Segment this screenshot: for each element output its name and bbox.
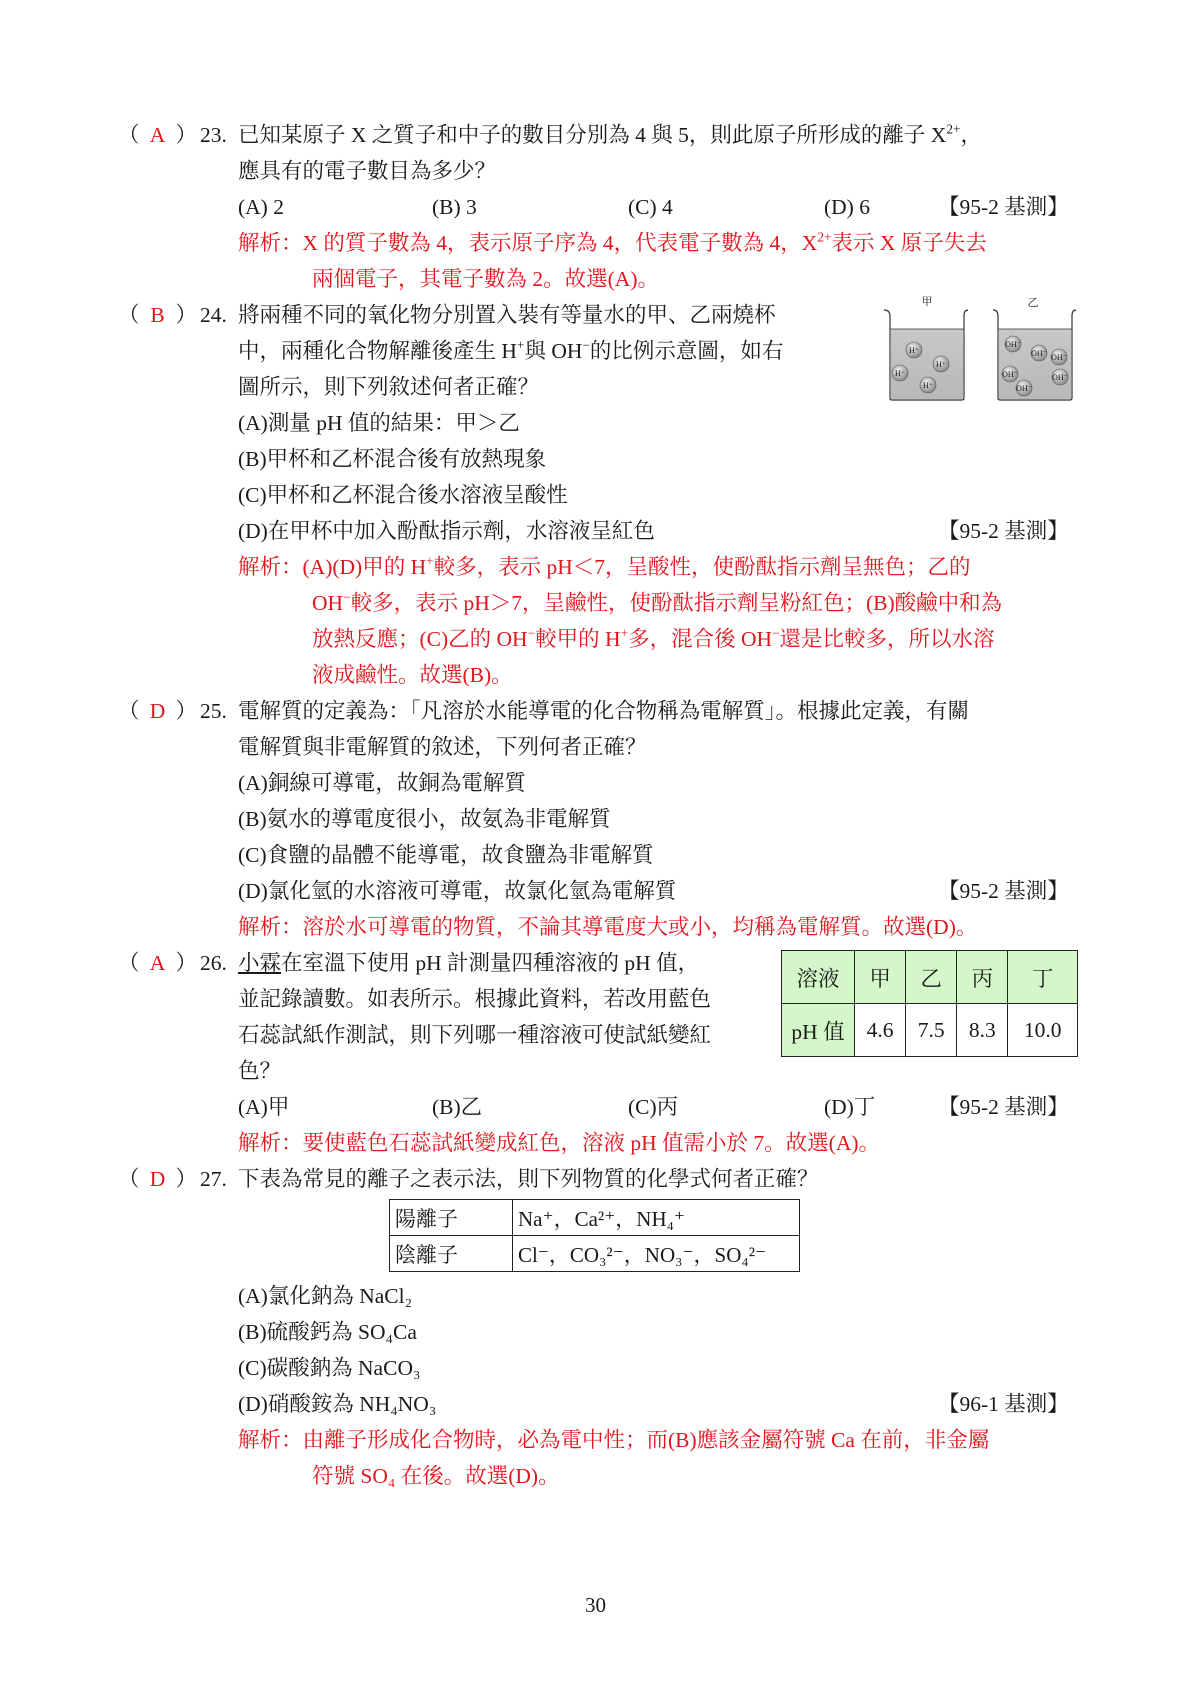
question-stem: 下表為常見的離子之表示法，則下列物質的化學式何者正確？ [238,1161,819,1197]
question-number: 23. [200,117,227,153]
svg-text:OH⁻: OH⁻ [1005,340,1021,349]
analysis: 解析：由離子形成化合物時，必為電中性；而(B)應該金屬符號 Ca 在前，非金屬 [238,1422,989,1458]
question-stem-line2: 電解質與非電解質的敘述，下列何者正確？ [238,729,647,765]
question-stem-line4: 色？ [238,1053,281,1089]
question-stem-line2: 應具有的電子數目為多少？ [238,153,496,189]
answer-slot-q27: （D） [118,1161,197,1197]
source-tag: 【95-2 基測】 [938,1089,1069,1125]
ion-table: 陽離子 Na⁺，Ca²⁺，NH₄⁺ 陰離子 Cl⁻，CO₃²⁻，NO₃⁻，SO₄… [389,1199,800,1272]
question-stem: 已知某原子 X 之質子和中子的數目分別為 4 與 5，則此原子所形成的離子 X2… [238,117,982,153]
option-c: (C) 4 [628,189,673,225]
option-c: (C)丙 [628,1089,678,1125]
svg-text:H⁺: H⁺ [936,360,946,369]
svg-text:OH⁻: OH⁻ [1051,353,1067,362]
answer-letter: B [140,297,176,333]
answer-letter: A [140,945,176,981]
svg-text:OH⁻: OH⁻ [1002,370,1018,379]
option-d: (D)丁 [824,1089,875,1125]
option-c: (C)碳酸鈉為 NaCO₃ [238,1350,420,1386]
table-header-row: 溶液 甲 乙 丙 丁 [782,951,1078,1004]
answer-letter: D [140,1161,176,1197]
answer-slot-q25: （D） [118,693,197,729]
answer-slot-q24: （B） [118,297,197,333]
option-b: (B)氨水的導電度很小，故氨為非電解質 [238,801,611,837]
question-stem-line2: 並記錄讀數。如表所示。根據此資料，若改用藍色 [238,981,711,1017]
option-d: (D)在甲杯中加入酚酞指示劑，水溶液呈紅色 [238,513,655,549]
analysis: 解析：X 的質子數為 4，表示原子序為 4，代表電子數為 4，X2+表示 X 原… [238,225,987,261]
svg-text:H⁺: H⁺ [895,369,905,378]
question-stem-line2: 中，兩種化合物解離後產生 H+與 OH−的比例示意圖，如右 [238,333,783,369]
option-a: (A)氯化鈉為 NaCl₂ [238,1278,412,1314]
svg-text:H⁺: H⁺ [909,346,919,355]
question-stem: 電解質的定義為：「凡溶於水能導電的化合物稱為電解質」。根據此定義，有關 [238,693,969,729]
option-b: (B) 3 [432,189,477,225]
option-b: (B)乙 [432,1089,482,1125]
page-number: 30 [0,1593,1191,1618]
beaker-diagram-icon: 甲 乙 H⁺ H⁺ H⁺ H⁺ OH⁻ OH⁻ OH⁻ OH⁻ OH⁻ OH⁻ [880,292,1080,407]
option-b: (B)硫酸鈣為 SO₄Ca [238,1314,417,1350]
question-stem: 小霖在室溫下使用 pH 計測量四種溶液的 pH 值， [238,945,699,981]
table-row: 陽離子 Na⁺，Ca²⁺，NH₄⁺ [390,1200,800,1236]
question-stem-line3: 圖所示，則下列敘述何者正確？ [238,369,539,405]
beaker-figure: 甲 乙 H⁺ H⁺ H⁺ H⁺ OH⁻ OH⁻ OH⁻ OH⁻ OH⁻ OH⁻ [880,292,1080,407]
svg-text:OH⁻: OH⁻ [1031,349,1047,358]
option-d: (D) 6 [824,189,870,225]
option-a: (A)測量 pH 值的結果：甲＞乙 [238,405,520,441]
question-number: 24. [200,297,227,333]
option-d: (D)硝酸銨為 NH₄NO₃ [238,1386,436,1422]
analysis-line2: 兩個電子，其電子數為 2。故選(A)。 [312,261,659,297]
question-stem: 將兩種不同的氧化物分別置入裝有等量水的甲、乙兩燒杯 [238,297,776,333]
svg-text:甲: 甲 [922,295,933,308]
source-tag: 【95-2 基測】 [938,513,1069,549]
analysis-line2: 符號 SO₄ 在後。故選(D)。 [312,1458,560,1494]
analysis-line2: OH−較多，表示 pH＞7，呈鹼性，使酚酞指示劑呈粉紅色；(B)酸鹼中和為 [312,585,1002,621]
question-number: 26. [200,945,227,981]
option-a: (A) 2 [238,189,284,225]
source-tag: 【95-2 基測】 [938,873,1069,909]
option-c: (C)甲杯和乙杯混合後水溶液呈酸性 [238,477,568,513]
question-number: 25. [200,693,227,729]
option-b: (B)甲杯和乙杯混合後有放熱現象 [238,441,546,477]
option-d: (D)氯化氫的水溶液可導電，故氯化氫為電解質 [238,873,676,909]
analysis: 解析：(A)(D)甲的 H+較多，表示 pH＜7，呈酸性，使酚酞指示劑呈無色；乙… [238,549,971,585]
answer-slot-q23: （A） [118,117,197,153]
option-c: (C)食鹽的晶體不能導電，故食鹽為非電解質 [238,837,654,873]
svg-text:OH⁻: OH⁻ [1052,373,1068,382]
analysis-line3: 放熱反應；(C)乙的 OH−較甲的 H+多，混合後 OH−還是比較多，所以水溶 [312,621,995,657]
answer-letter: A [140,117,176,153]
table-row: pH 值 4.6 7.5 8.3 10.0 [782,1004,1078,1057]
analysis: 解析：溶於水可導電的物質，不論其導電度大或小，均稱為電解質。故選(D)。 [238,909,977,945]
question-stem-line3: 石蕊試紙作測試，則下列哪一種溶液可使試紙變紅 [238,1017,711,1053]
answer-slot-q26: （A） [118,945,197,981]
table-row: 陰離子 Cl⁻，CO₃²⁻，NO₃⁻，SO₄²⁻ [390,1236,800,1272]
student-name: 小霖 [238,951,281,975]
answer-letter: D [140,693,176,729]
ph-table: 溶液 甲 乙 丙 丁 pH 值 4.6 7.5 8.3 10.0 [781,950,1078,1057]
source-tag: 【95-2 基測】 [938,189,1069,225]
svg-text:H⁺: H⁺ [923,381,933,390]
option-a: (A)銅線可導電，故銅為電解質 [238,765,526,801]
option-a: (A)甲 [238,1089,289,1125]
question-number: 27. [200,1161,227,1197]
svg-text:OH⁻: OH⁻ [1016,384,1032,393]
svg-text:乙: 乙 [1028,296,1039,309]
analysis: 解析：要使藍色石蕊試紙變成紅色，溶液 pH 值需小於 7。故選(A)。 [238,1125,880,1161]
source-tag: 【96-1 基測】 [938,1386,1069,1422]
analysis-line4: 液成鹼性。故選(B)。 [312,657,513,693]
